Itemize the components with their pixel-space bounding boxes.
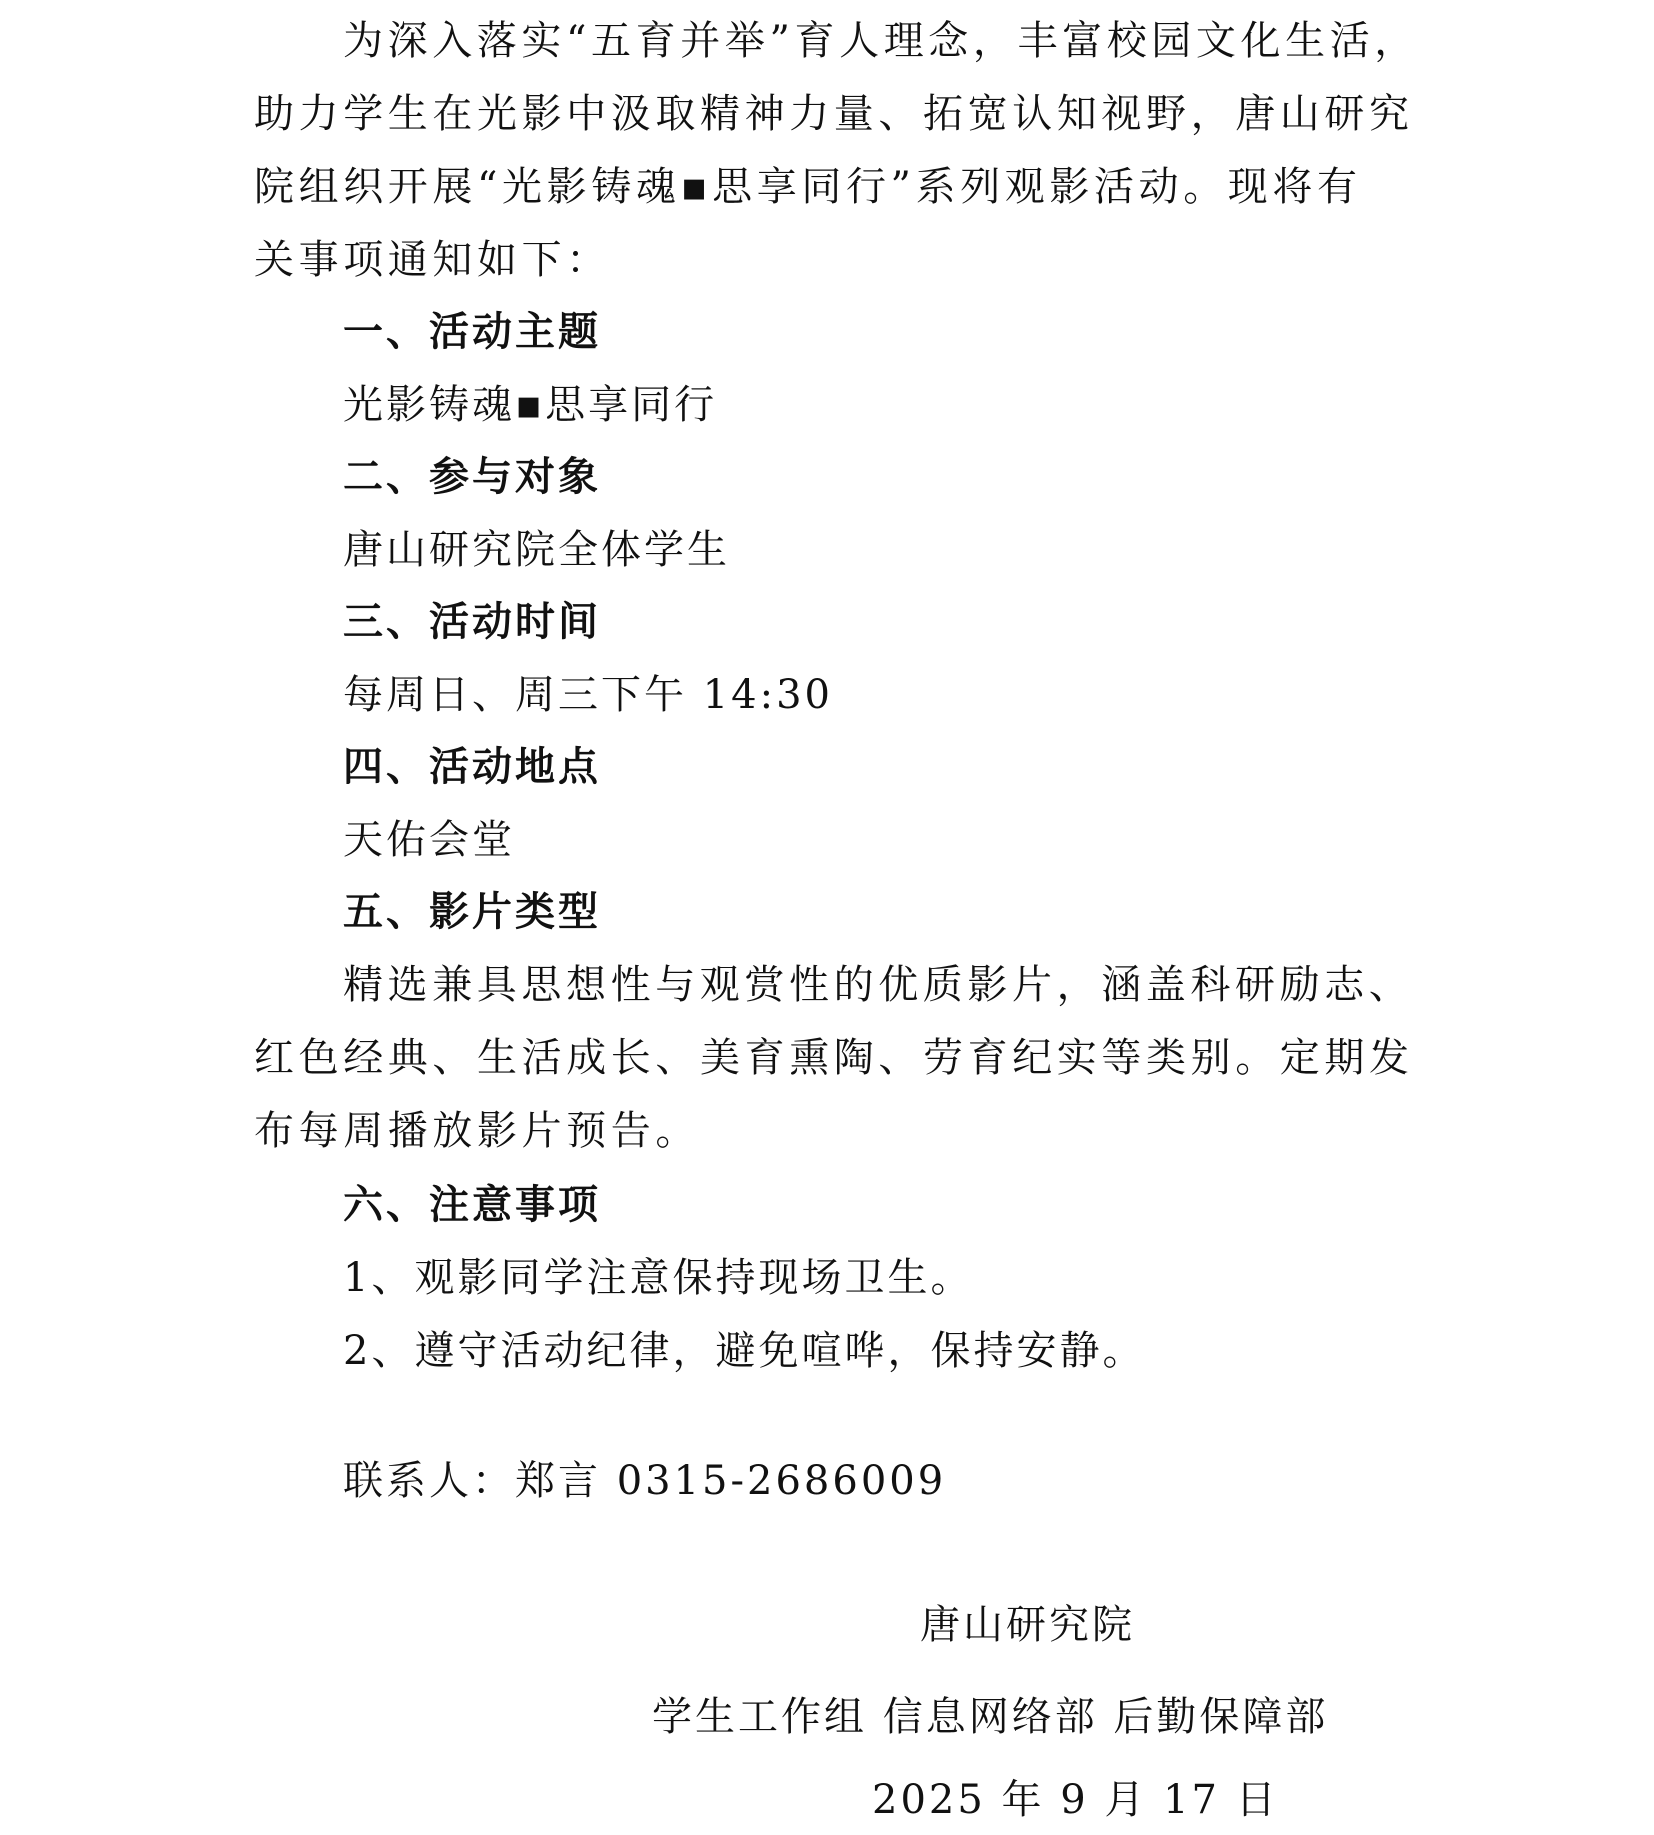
section-content: 精选兼具思想性与观赏性的优质影片，涵盖科研励志、 bbox=[343, 960, 1413, 1010]
section-content: 唐山研究院全体学生 bbox=[343, 525, 730, 575]
intro-line: 院组织开展“光影铸魂▪思享同行”系列观影活动。现将有 bbox=[254, 162, 1362, 212]
section-heading-location: 四、活动地点 bbox=[343, 742, 601, 792]
signature-org: 唐山研究院 bbox=[920, 1600, 1135, 1650]
section-content: 1、观影同学注意保持现场卫生。 bbox=[343, 1253, 973, 1303]
section-heading-participants: 二、参与对象 bbox=[343, 452, 601, 502]
intro-line: 关事项通知如下： bbox=[254, 235, 611, 285]
section-content: 每周日、周三下午 14:30 bbox=[343, 670, 833, 720]
intro-line: 为深入落实“五育并举”育人理念，丰富校园文化生活， bbox=[343, 16, 1419, 66]
section-content: 2、遵守活动纪律，避免喧哗，保持安静。 bbox=[343, 1326, 1145, 1376]
signature-departments: 学生工作组 信息网络部 后勤保障部 bbox=[652, 1692, 1328, 1742]
section-heading-time: 三、活动时间 bbox=[343, 597, 601, 647]
section-heading-film-types: 五、影片类型 bbox=[343, 887, 601, 937]
section-heading-notes: 六、注意事项 bbox=[343, 1180, 601, 1230]
section-content: 红色经典、生活成长、美育熏陶、劳育纪实等类别。定期发 bbox=[254, 1033, 1414, 1083]
intro-line: 助力学生在光影中汲取精神力量、拓宽认知视野，唐山研究 bbox=[254, 89, 1414, 139]
contact-info: 联系人：郑言 0315-2686009 bbox=[343, 1456, 946, 1506]
signature-date: 2025 年 9 月 17 日 bbox=[872, 1775, 1279, 1825]
section-content: 光影铸魂▪思享同行 bbox=[343, 380, 717, 430]
section-content: 布每周播放影片预告。 bbox=[254, 1106, 700, 1156]
section-heading-theme: 一、活动主题 bbox=[343, 307, 601, 357]
section-content: 天佑会堂 bbox=[343, 815, 515, 865]
